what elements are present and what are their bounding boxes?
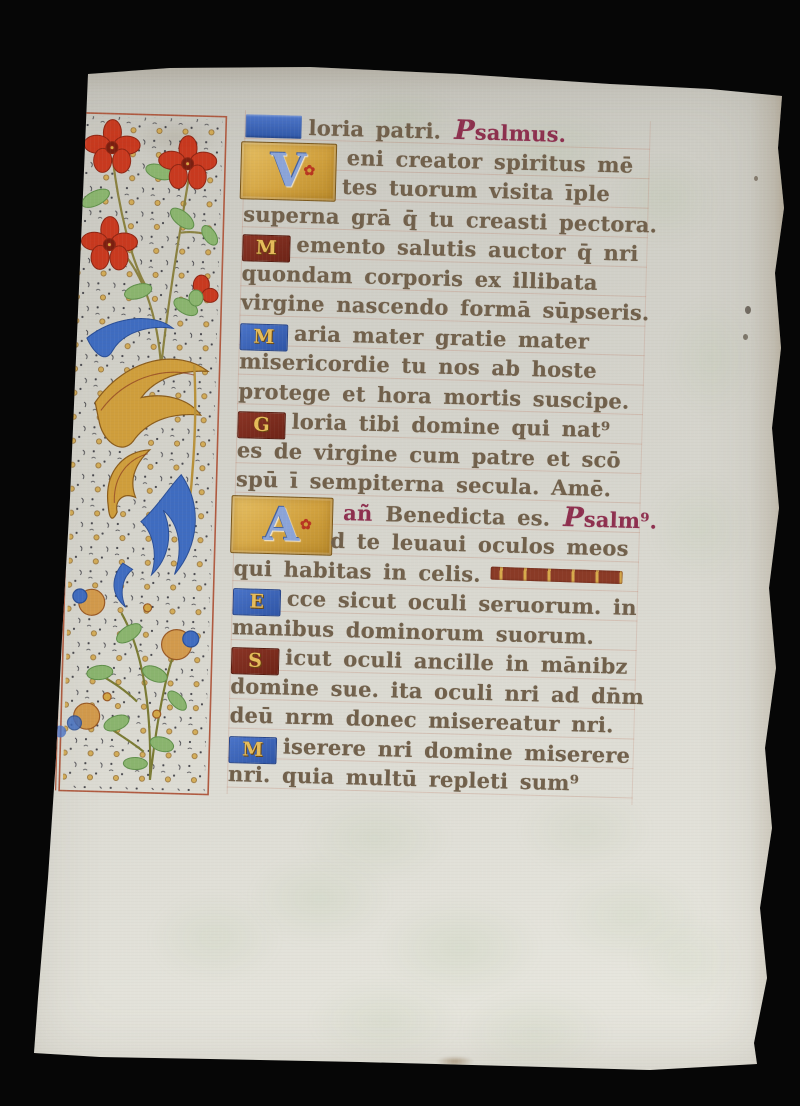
rubric-text: Psalmus.	[454, 116, 567, 150]
body-text: tes tuorum visita īple	[342, 174, 611, 206]
gold-line-filler	[491, 566, 623, 583]
page-content: loria patri.Psalmus.V✿eni creator spirit…	[0, 56, 790, 1106]
rubric-text: Psalm⁹.	[563, 503, 658, 536]
text-block: loria patri.Psalmus.V✿eni creator spirit…	[227, 110, 651, 805]
rubric-text: añ	[343, 500, 373, 526]
body-text: nri. quia multū repleti sum⁹	[228, 761, 580, 795]
blue-line-filler	[245, 114, 302, 139]
body-text: Benedicta es.	[385, 501, 551, 530]
manuscript-leaf: loria patri.Psalmus.V✿eni creator spirit…	[10, 58, 790, 1088]
body-text: loria patri.	[308, 115, 441, 144]
body-text: qui habitas in celis.	[233, 555, 481, 587]
photo-background: loria patri.Psalmus.V✿eni creator spirit…	[0, 0, 800, 1106]
illuminated-border	[54, 110, 230, 800]
